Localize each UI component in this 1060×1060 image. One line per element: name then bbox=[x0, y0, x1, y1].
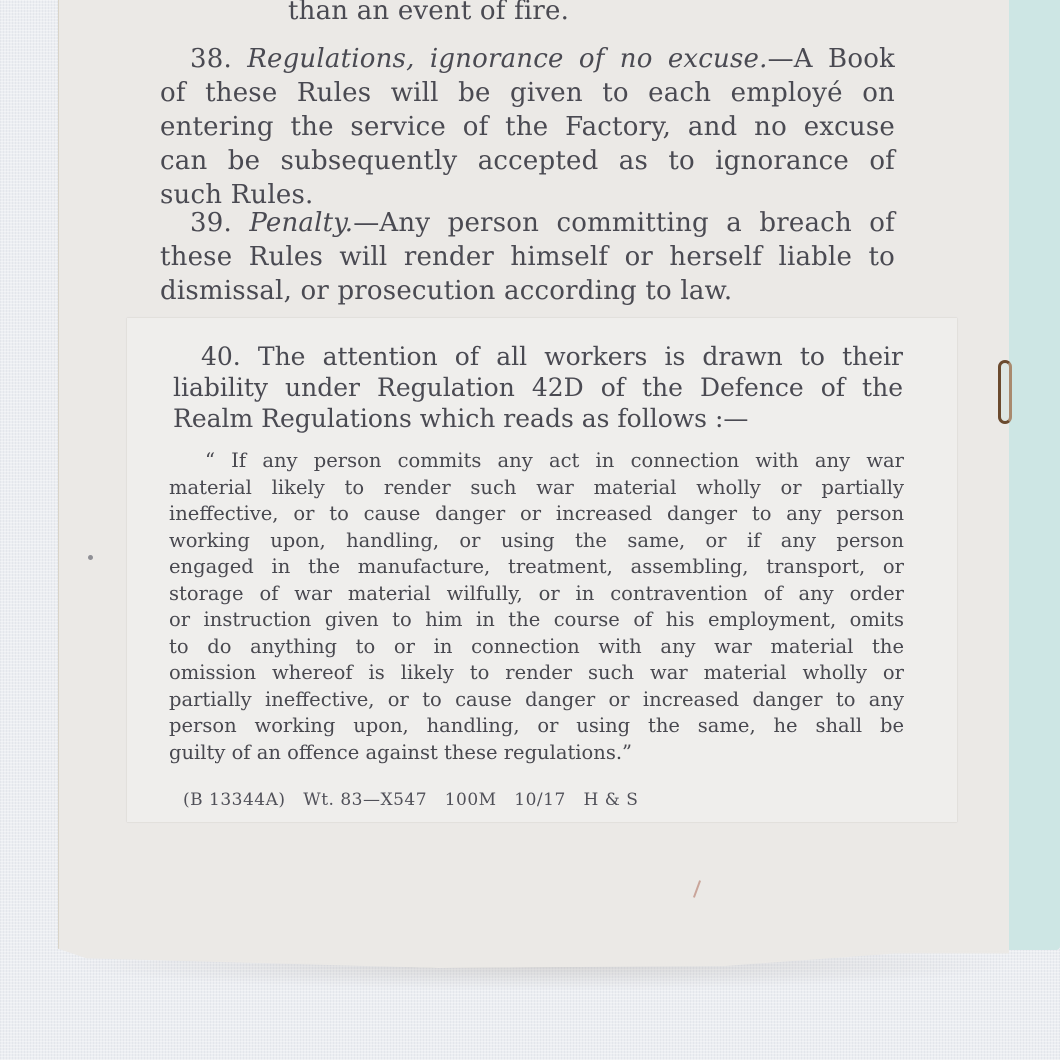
rule-39: 39. Penalty.—Any person committing a bre… bbox=[160, 208, 895, 310]
rule-39-line: dismissal, or prosecution according to l… bbox=[160, 276, 895, 310]
rule-40-line: Realm Regulations which reads as follows… bbox=[173, 404, 903, 435]
rule-38: 38. Regulations, ignorance of no excuse.… bbox=[160, 44, 895, 214]
quote-line: guilty of an offence against these regul… bbox=[169, 740, 904, 767]
carryover-text: than an event of fire. bbox=[160, 0, 895, 34]
staple-icon bbox=[998, 360, 1012, 424]
regulation-42d-quote: “ If any person commits any act in conne… bbox=[169, 448, 904, 766]
rule-38-line: entering the service of the Factory, and… bbox=[160, 112, 895, 146]
quote-line: partially ineffective, or to cause dange… bbox=[169, 687, 904, 714]
quote-line: material likely to render such war mater… bbox=[169, 475, 904, 502]
rule-40-line-0: The attention of all workers is drawn to… bbox=[258, 342, 903, 371]
quote-line: storage of war material wilfully, or in … bbox=[169, 581, 904, 608]
quote-line: to do anything to or in connection with … bbox=[169, 634, 904, 661]
printer-imprint: (B 13344A) Wt. 83—X547 100M 10/17 H & S bbox=[183, 790, 638, 810]
rule-39-number: 39. bbox=[190, 208, 232, 238]
rule-38-number: 38. bbox=[190, 44, 232, 74]
rule-39-first-line: 39. Penalty.—Any person committing a bre… bbox=[160, 208, 895, 242]
rule-38-title: Regulations, ignorance of no excuse. bbox=[247, 44, 767, 74]
rule-40-line: liability under Regulation 42D of the De… bbox=[173, 373, 903, 404]
quote-line: person working upon, handling, or using … bbox=[169, 713, 904, 740]
quote-line: ineffective, or to cause danger or incre… bbox=[169, 501, 904, 528]
rule-38-line: can be subsequently accepted as to ignor… bbox=[160, 146, 895, 180]
rule-40: 40. The attention of all workers is draw… bbox=[173, 342, 903, 435]
rule-38-line-0: —A Book bbox=[768, 44, 895, 74]
rule-40-first-line: 40. The attention of all workers is draw… bbox=[173, 342, 903, 373]
paper-speck bbox=[88, 555, 93, 560]
rule-40-number: 40. bbox=[201, 342, 241, 371]
rule-39-line-0: —Any person committing a breach of bbox=[353, 208, 895, 238]
quote-line: “ If any person commits any act in conne… bbox=[169, 448, 904, 475]
rule-38-line: of these Rules will be given to each emp… bbox=[160, 78, 895, 112]
quote-line: or instruction given to him in the cours… bbox=[169, 607, 904, 634]
quote-line: omission whereof is likely to render suc… bbox=[169, 660, 904, 687]
carryover-line: than an event of fire. bbox=[160, 0, 895, 30]
quote-line: engaged in the manufacture, treatment, a… bbox=[169, 554, 904, 581]
rule-39-line: these Rules will render himself or herse… bbox=[160, 242, 895, 276]
quote-line: working upon, handling, or using the sam… bbox=[169, 528, 904, 555]
rule-39-title: Penalty. bbox=[249, 208, 353, 238]
rule-38-first-line: 38. Regulations, ignorance of no excuse.… bbox=[160, 44, 895, 78]
booklet-cover-edge bbox=[1000, 0, 1060, 950]
